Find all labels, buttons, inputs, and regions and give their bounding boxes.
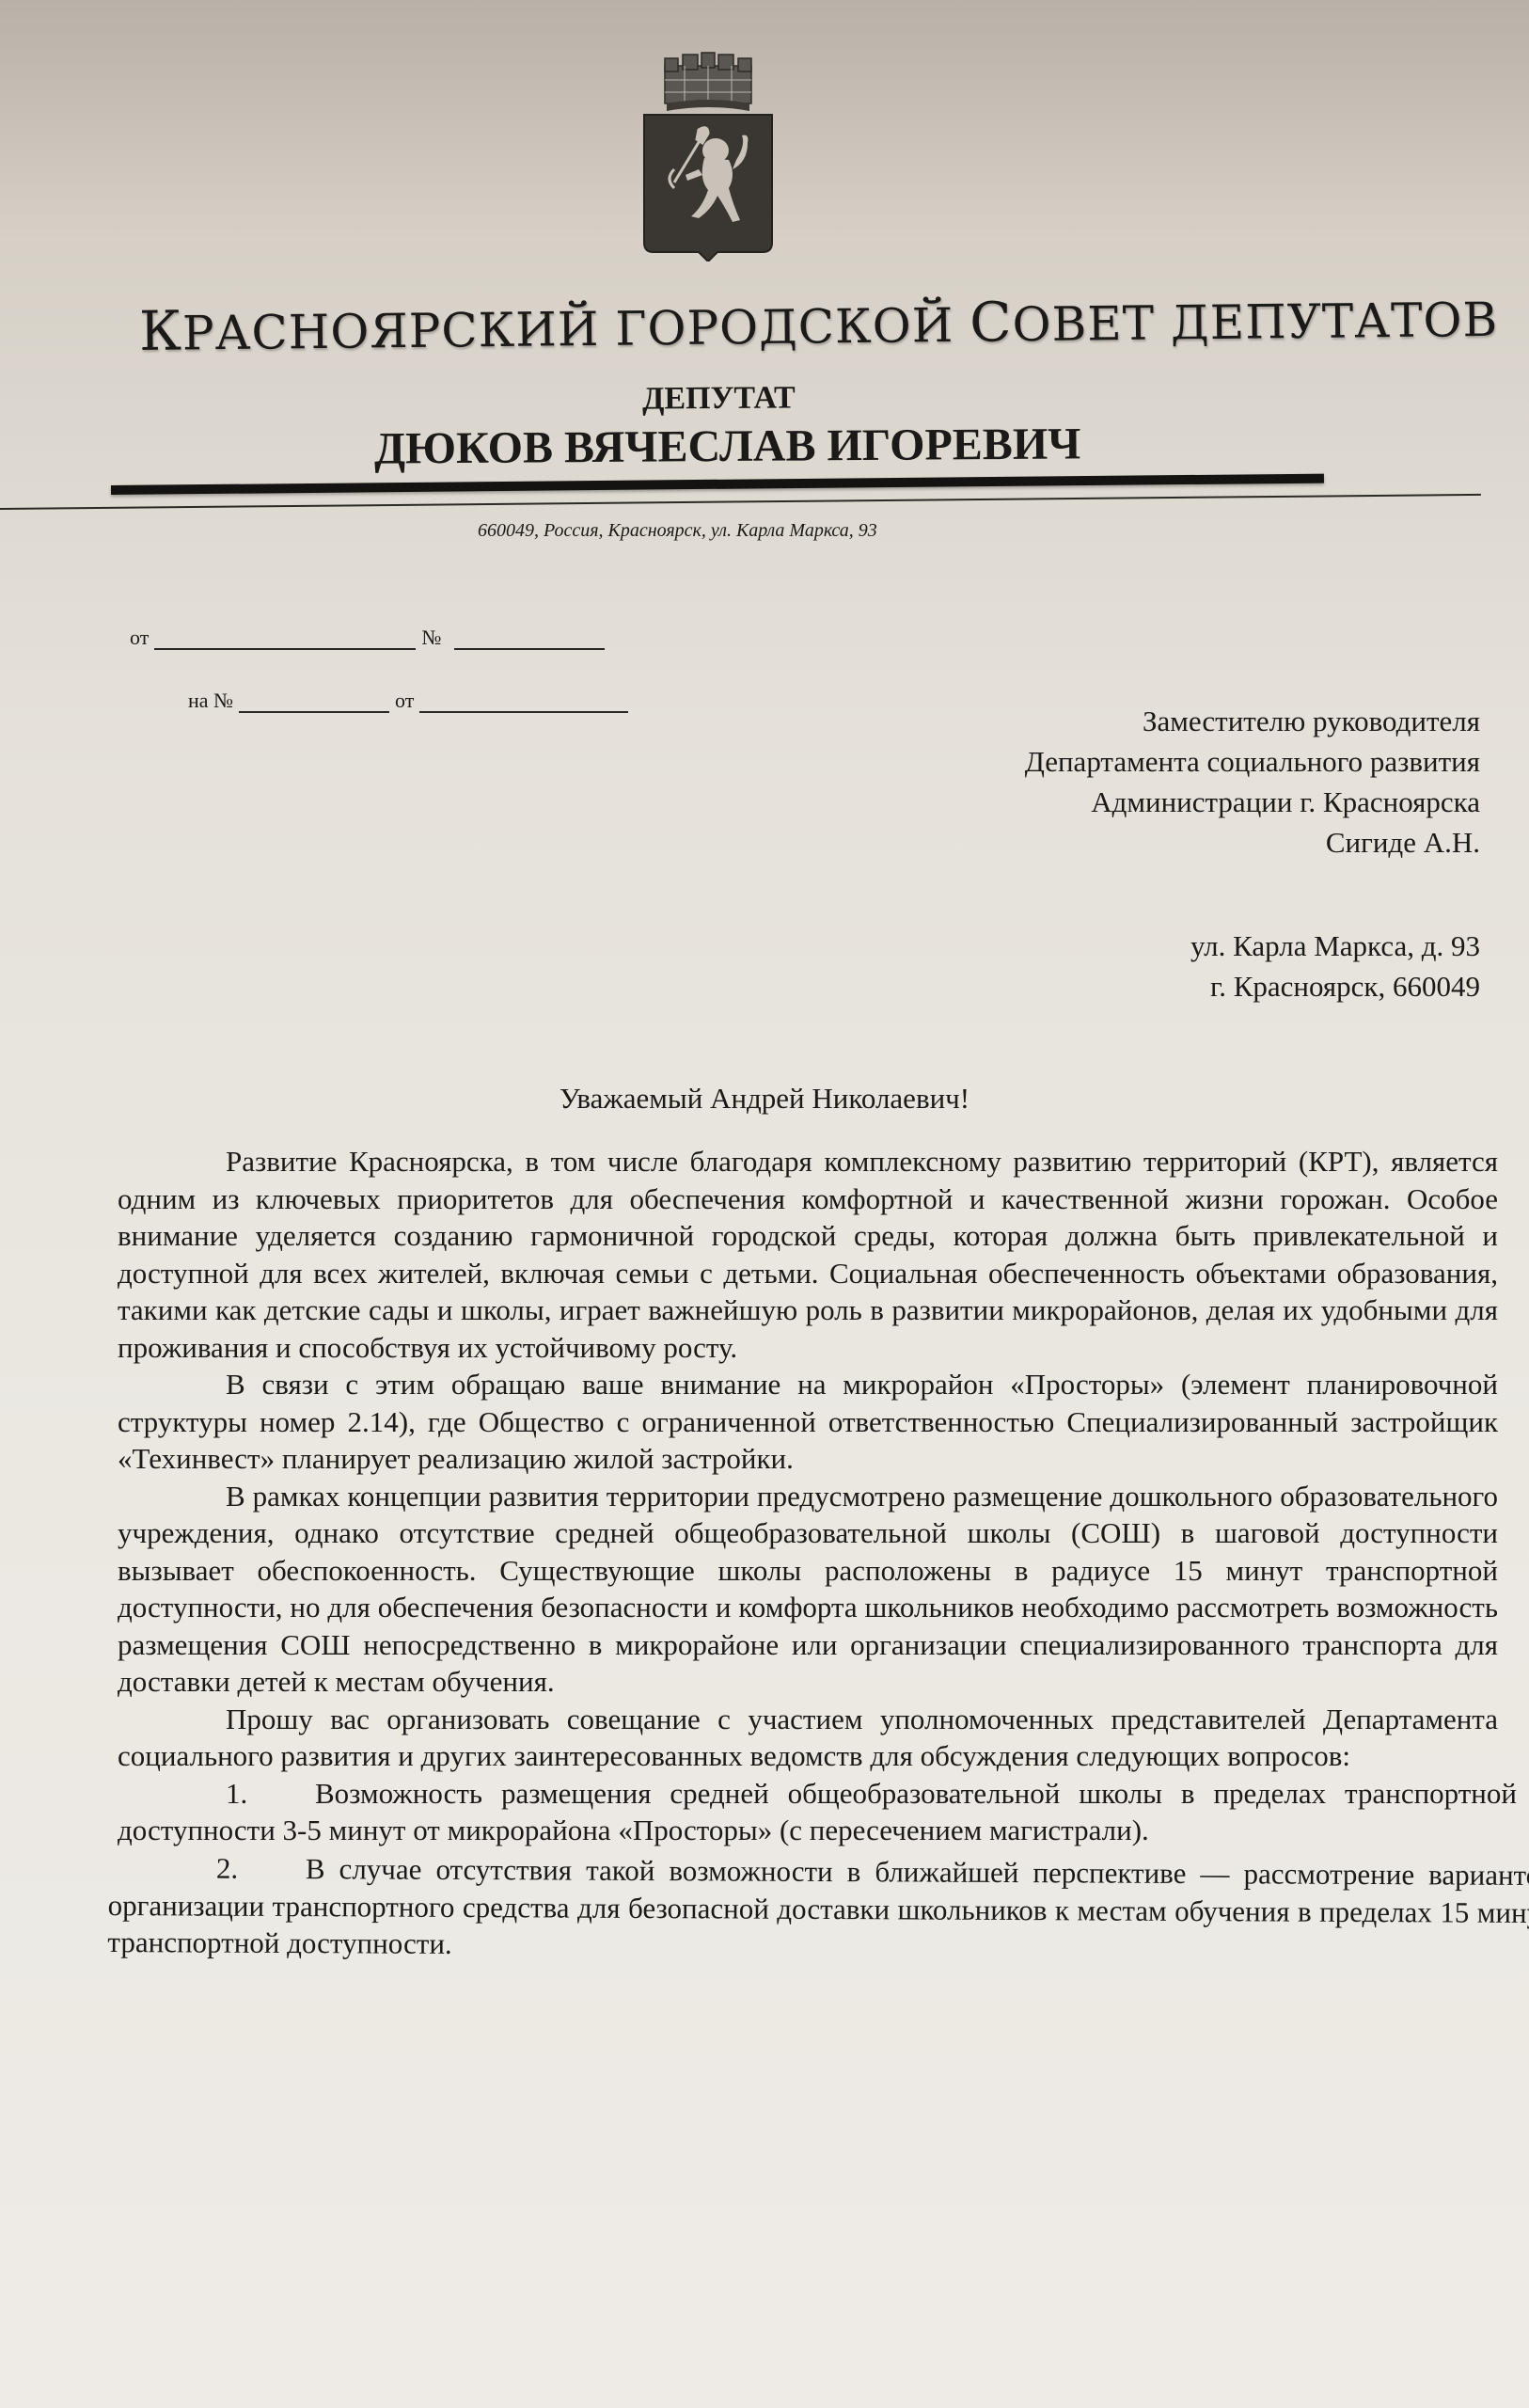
reference-date-label: от xyxy=(395,689,414,713)
deputy-position: ДЕПУТАТ xyxy=(642,380,796,417)
list-item: 1.Возможность размещения средней общеобр… xyxy=(118,1775,1517,1849)
list-text: Возможность размещения средней общеобраз… xyxy=(118,1777,1517,1847)
deputy-name: ДЮКОВ ВЯЧЕСЛАВ ИГОРЕВИЧ xyxy=(374,418,1081,474)
recipient-address: ул. Карла Маркса, д. 93 г. Красноярск, 6… xyxy=(1190,926,1480,1006)
outgoing-registration-line: от № xyxy=(130,626,610,650)
outgoing-number-field xyxy=(454,627,605,650)
list-item: 2.В случае отсутствия такой возможности … xyxy=(107,1849,1529,1969)
outgoing-date-field xyxy=(154,627,416,650)
recipient-line: Департамента социального развития xyxy=(1025,741,1480,782)
recipient-block: Заместителю руководителя Департамента со… xyxy=(1025,701,1480,863)
letter-body: Развитие Красноярска, в том числе благод… xyxy=(118,1143,1498,1960)
list-text: В случае отсутствия такой возможности в … xyxy=(107,1852,1529,1960)
krasnoyarsk-coat-of-arms-icon xyxy=(642,28,774,261)
letterhead-address: 660049, Россия, Красноярск, ул. Карла Ма… xyxy=(478,520,877,542)
reference-number-label: на № xyxy=(188,689,233,713)
reference-date-field xyxy=(419,690,628,713)
letter-page: КРАСНОЯРСКИЙ ГОРОДСКОЙ СОВЕТ ДЕПУТАТОВ Д… xyxy=(0,0,1529,2408)
header-divider-thin xyxy=(0,494,1481,510)
paragraph: Развитие Красноярска, в том числе благод… xyxy=(118,1143,1498,1366)
salutation: Уважаемый Андрей Николаевич! xyxy=(0,1082,1529,1116)
number-label: № xyxy=(421,626,441,650)
recipient-line: Сигиде А.Н. xyxy=(1025,822,1480,863)
from-date-label: от xyxy=(130,626,149,650)
organization-title: КРАСНОЯРСКИЙ ГОРОДСКОЙ СОВЕТ ДЕПУТАТОВ xyxy=(139,287,1306,363)
recipient-line: Заместителю руководителя xyxy=(1025,701,1480,741)
reference-registration-line: на № от xyxy=(188,689,634,713)
reference-number-field xyxy=(239,690,389,713)
paragraph: Прошу вас организовать совещание с участ… xyxy=(118,1701,1498,1775)
recipient-address-line: г. Красноярск, 660049 xyxy=(1190,966,1480,1006)
recipient-line: Администрации г. Красноярска xyxy=(1025,782,1480,822)
recipient-address-line: ул. Карла Маркса, д. 93 xyxy=(1190,926,1480,966)
list-number: 1. xyxy=(226,1775,315,1813)
list-number: 2. xyxy=(216,1849,306,1887)
header-divider-thick xyxy=(111,474,1324,495)
paragraph: В связи с этим обращаю ваше внимание на … xyxy=(118,1366,1498,1478)
paragraph: В рамках концепции развития территории п… xyxy=(118,1478,1498,1701)
